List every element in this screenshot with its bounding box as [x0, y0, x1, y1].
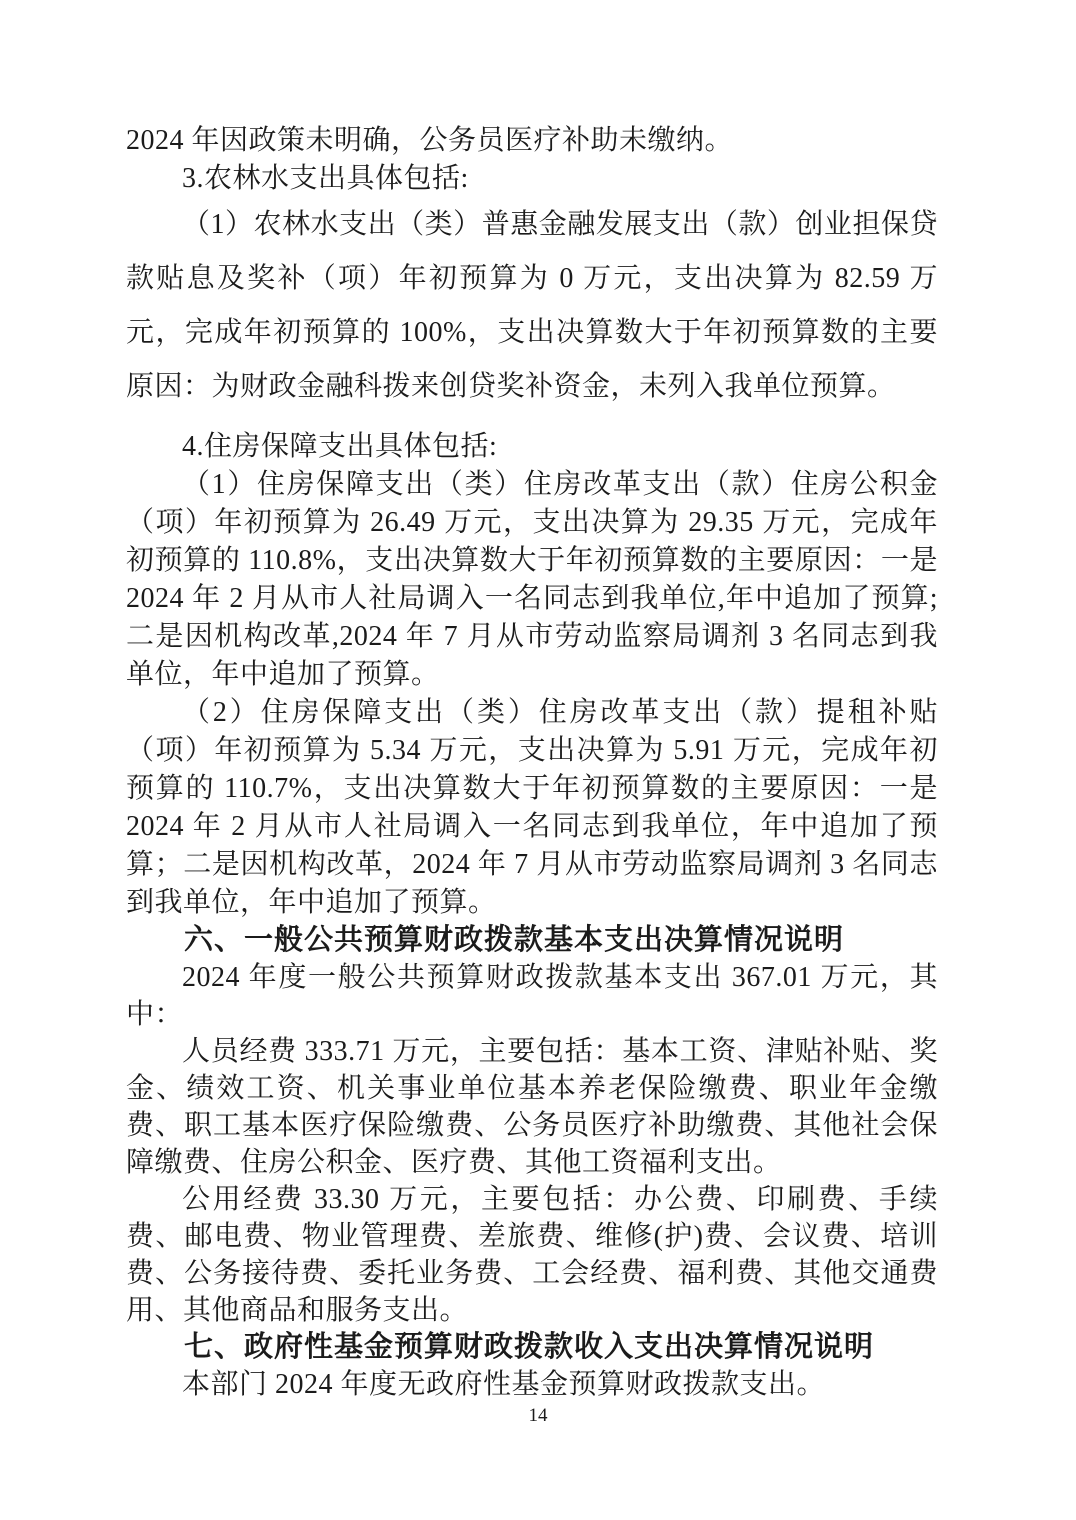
section-heading-six-basic-expenditure: 六、一般公共预算财政拨款基本支出决算情况说明 [126, 922, 938, 959]
section-heading-seven-gov-fund: 七、政府性基金预算财政拨款收入支出决算情况说明 [126, 1329, 938, 1366]
paragraph-rent-subsidy-detail: （2）住房保障支出（类）住房改革支出（款）提租补贴（项）年初预算为 5.34 万… [126, 694, 938, 922]
paragraph-continuation: 2024 年因政策未明确，公务员医疗补助未缴纳。 [126, 122, 938, 160]
paragraph-public-expenses: 公用经费 33.30 万元，主要包括：办公费、印刷费、手续费、邮电费、物业管理费… [126, 1181, 938, 1329]
page-number: 14 [0, 1404, 1076, 1428]
list-heading-item-3-agriculture: 3.农林水支出具体包括: [126, 160, 938, 198]
paragraph-basic-expenditure-total: 2024 年度一般公共预算财政拨款基本支出 367.01 万元，其中： [126, 959, 938, 1033]
document-body: 2024 年因政策未明确，公务员医疗补助未缴纳。 3.农林水支出具体包括: （1… [126, 122, 938, 1403]
paragraph-housing-fund-detail: （1）住房保障支出（类）住房改革支出（款）住房公积金（项）年初预算为 26.49… [126, 466, 938, 694]
paragraph-personnel-expenses: 人员经费 333.71 万元，主要包括：基本工资、津贴补贴、奖金、绩效工资、机关… [126, 1033, 938, 1181]
document-page: 2024 年因政策未明确，公务员医疗补助未缴纳。 3.农林水支出具体包括: （1… [0, 0, 1076, 1520]
paragraph-agriculture-water-detail: （1）农林水支出（类）普惠金融发展支出（款）创业担保贷款贴息及奖补（项）年初预算… [126, 198, 938, 414]
paragraph-gov-fund-statement: 本部门 2024 年度无政府性基金预算财政拨款支出。 [126, 1366, 938, 1403]
list-heading-item-4-housing: 4.住房保障支出具体包括: [126, 428, 938, 466]
